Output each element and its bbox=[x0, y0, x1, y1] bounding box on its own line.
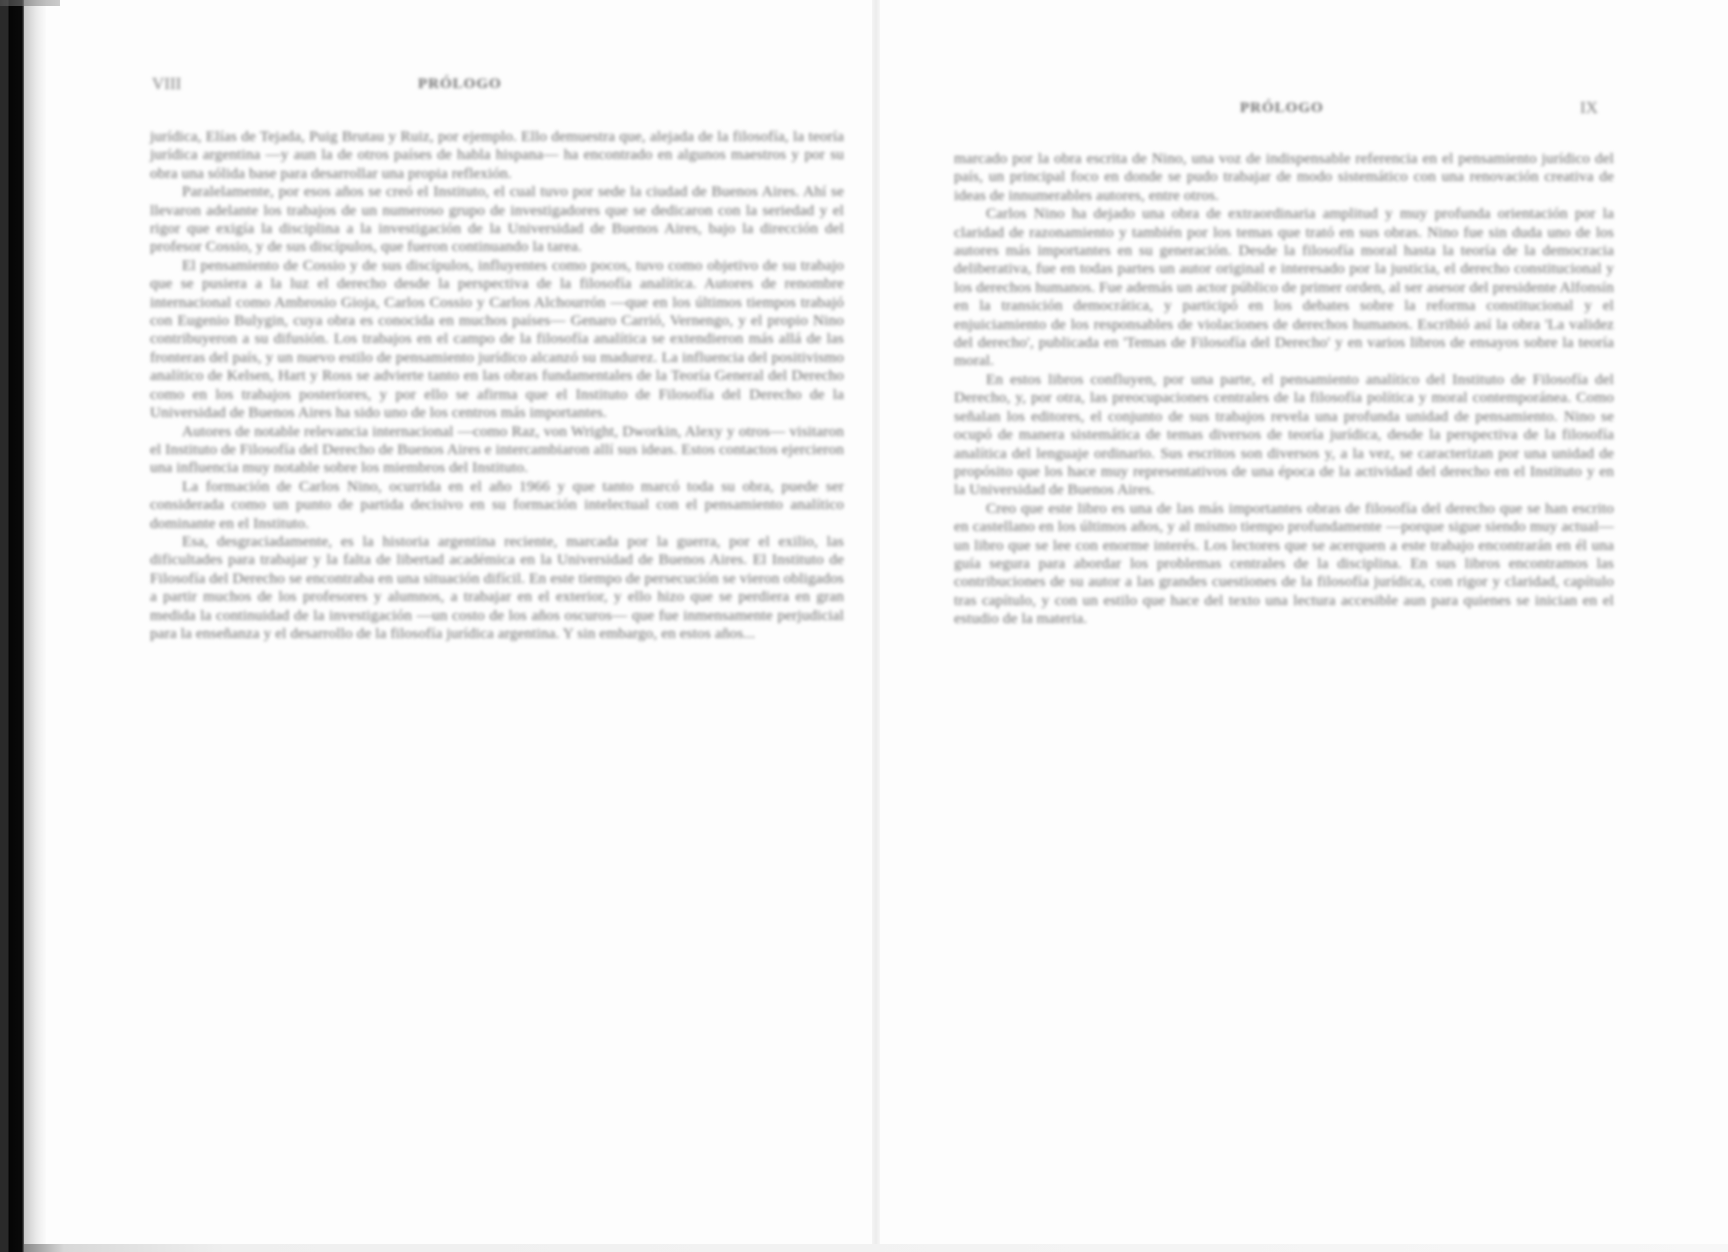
left-running-head: PRÓLOGO bbox=[418, 76, 502, 93]
spine-shadow bbox=[24, 0, 46, 1252]
left-page: VIII PRÓLOGO jurídica, Elías de Tejada, … bbox=[46, 0, 872, 1252]
left-page-number: VIII bbox=[152, 74, 181, 94]
paragraph: Creo que este libro es una de las más im… bbox=[954, 500, 1614, 629]
paragraph: marcado por la obra escrita de Nino, una… bbox=[954, 150, 1614, 205]
right-page-number: IX bbox=[1580, 98, 1598, 118]
paragraph: En estos libros confluyen, por una parte… bbox=[954, 371, 1614, 500]
paragraph: jurídica, Elías de Tejada, Puig Brutau y… bbox=[150, 128, 844, 183]
left-body-text: jurídica, Elías de Tejada, Puig Brutau y… bbox=[150, 128, 844, 643]
paragraph: Autores de notable relevancia internacio… bbox=[150, 423, 844, 478]
paragraph: El pensamiento de Cossio y de sus discíp… bbox=[150, 257, 844, 423]
right-page: PRÓLOGO IX marcado por la obra escrita d… bbox=[880, 0, 1728, 1252]
paragraph: Esa, desgraciadamente, es la historia ar… bbox=[150, 533, 844, 643]
right-running-head: PRÓLOGO bbox=[1240, 100, 1324, 117]
paragraph: Paralelamente, por esos años se creó el … bbox=[150, 183, 844, 257]
paragraph: La formación de Carlos Nino, ocurrida en… bbox=[150, 478, 844, 533]
book-gutter bbox=[872, 0, 880, 1252]
paragraph: Carlos Nino ha dejado una obra de extrao… bbox=[954, 205, 1614, 371]
book-spine-edge bbox=[0, 0, 24, 1252]
right-body-text: marcado por la obra escrita de Nino, una… bbox=[954, 150, 1614, 629]
